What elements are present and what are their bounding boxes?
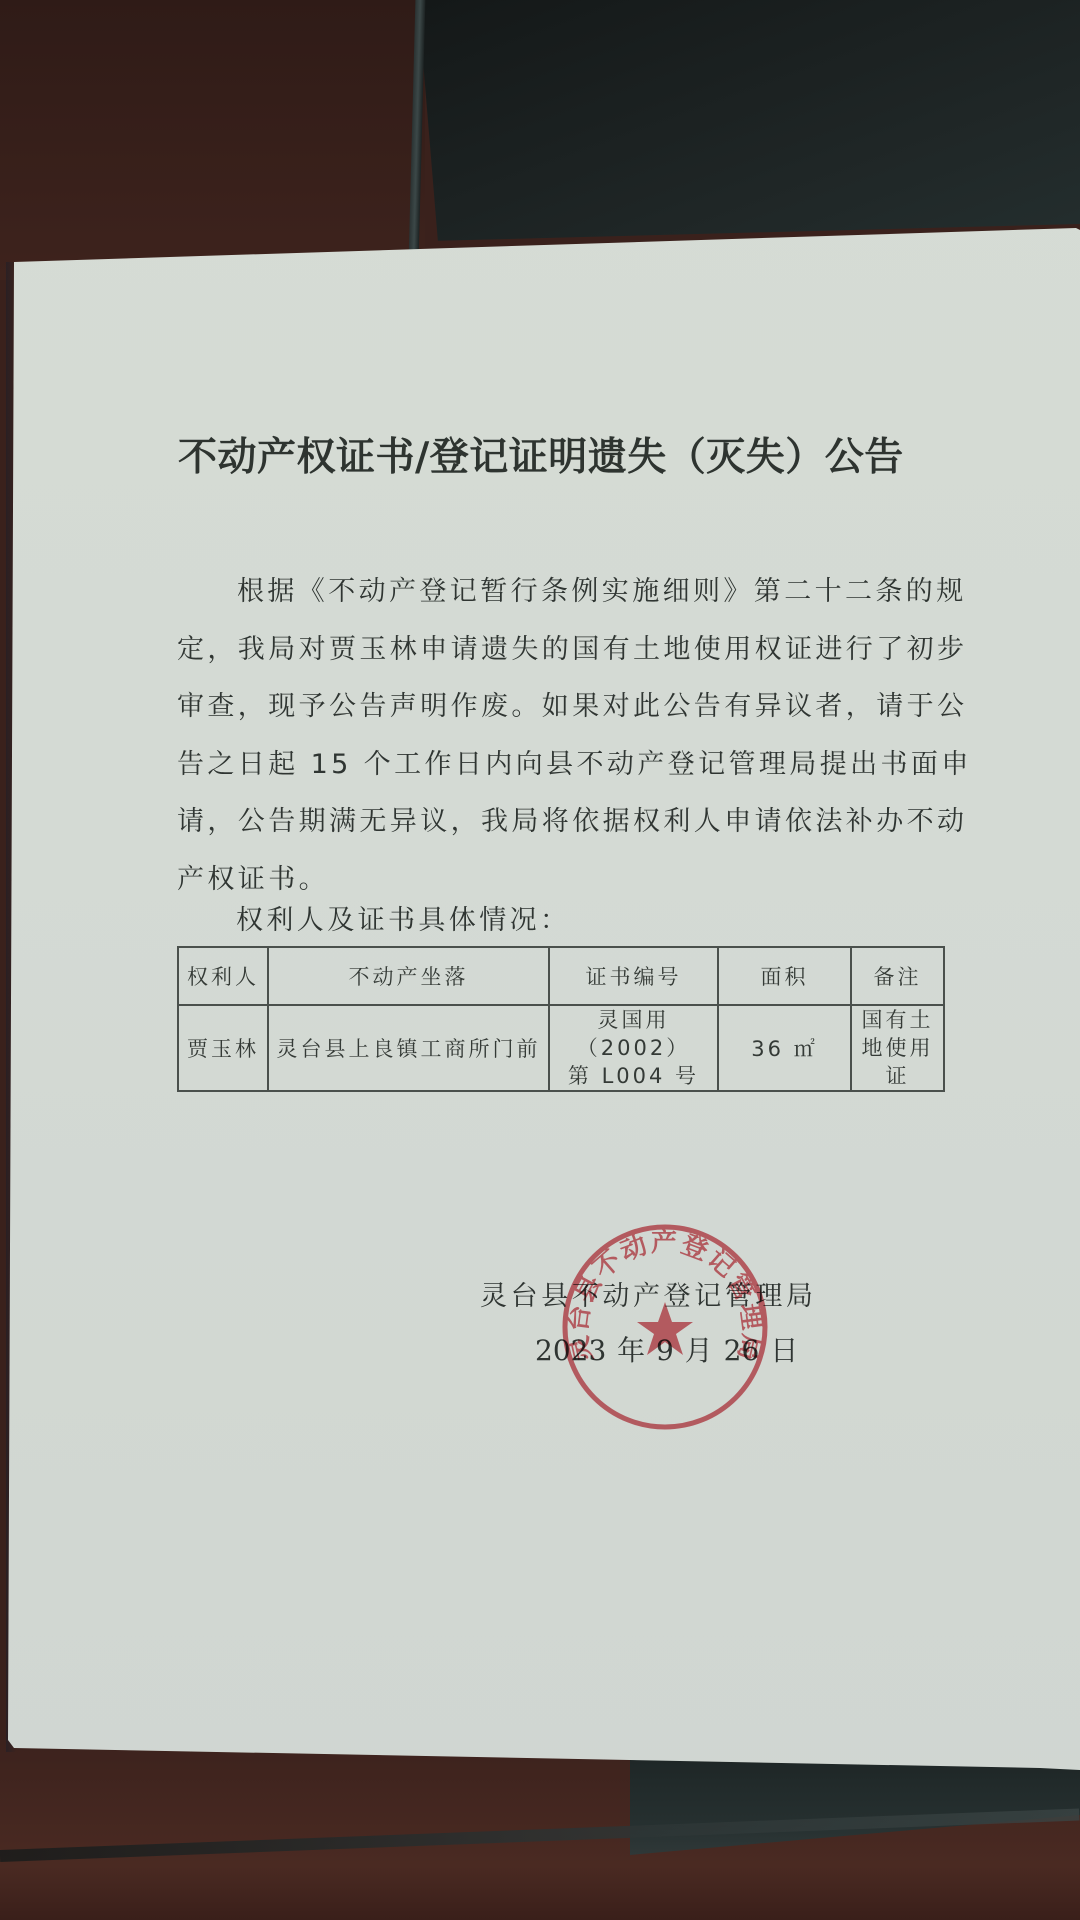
body-line: 审查，现予公告声明作废。如果对此公告有异议者，请于公 — [177, 678, 937, 736]
stamp-star-icon — [637, 1302, 693, 1355]
certificate-table: 权利人 不动产坐落 证书编号 面积 备注 贾玉林 灵台县上良镇工商所门前 灵国用… — [177, 946, 945, 1092]
cell-remark: 国有土 地使用 证 — [851, 1005, 944, 1091]
remark-line: 地使用 — [852, 1034, 943, 1062]
body-line: 根据《不动产登记暂行条例实施细则》第二十二条的规 — [177, 563, 937, 621]
cell-owner: 贾玉林 — [178, 1005, 268, 1091]
cell-cert-no: 灵国用（2002） 第 L004 号 — [549, 1005, 718, 1091]
notice-body: 根据《不动产登记暂行条例实施细则》第二十二条的规 定，我局对贾玉林申请遗失的国有… — [177, 563, 937, 908]
header-cert-no: 证书编号 — [549, 947, 718, 1005]
stamp-text: 灵台县不动产登记管理局 — [563, 1227, 767, 1365]
header-remark: 备注 — [851, 947, 944, 1005]
remark-line: 国有土 — [852, 1006, 943, 1034]
body-line: 告之日起 15 个工作日内向县不动产登记管理局提出书面申 — [177, 736, 937, 794]
header-location: 不动产坐落 — [268, 947, 549, 1005]
cell-area: 36 ㎡ — [718, 1005, 851, 1091]
remark-line: 证 — [852, 1062, 943, 1090]
cell-location: 灵台县上良镇工商所门前 — [268, 1005, 549, 1091]
body-line: 请，公告期满无异议，我局将依据权利人申请依法补办不动 — [177, 793, 937, 851]
official-seal-icon: 灵台县不动产登记管理局 — [560, 1222, 770, 1432]
header-area: 面积 — [718, 947, 851, 1005]
header-owner: 权利人 — [178, 947, 268, 1005]
table-header-row: 权利人 不动产坐落 证书编号 面积 备注 — [178, 947, 944, 1005]
body-line: 定，我局对贾玉林申请遗失的国有土地使用权证进行了初步 — [177, 621, 937, 679]
desk-surface-top-left — [0, 0, 425, 280]
page-title: 不动产权证书/登记证明遗失（灭失）公告 — [178, 426, 904, 482]
details-heading: 权利人及证书具体情况： — [236, 898, 570, 937]
cert-no-line: 第 L004 号 — [550, 1062, 717, 1090]
cert-no-line: 灵国用（2002） — [550, 1006, 717, 1062]
table-row: 贾玉林 灵台县上良镇工商所门前 灵国用（2002） 第 L004 号 36 ㎡ … — [178, 1005, 944, 1091]
